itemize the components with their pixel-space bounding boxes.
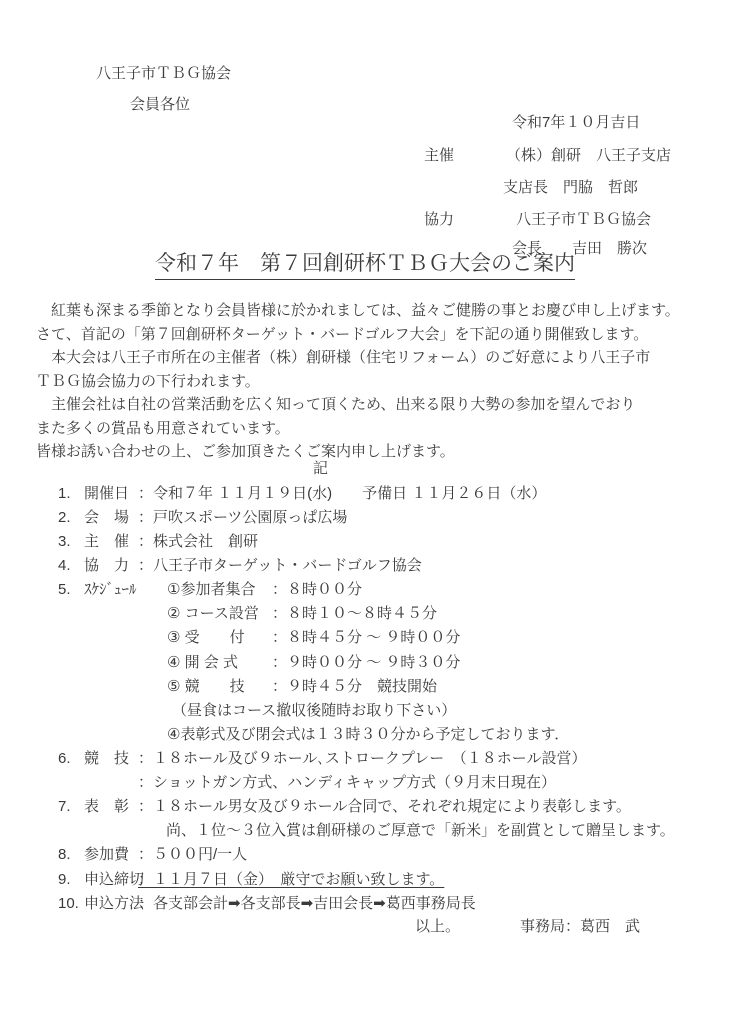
schedule-time: ：８時００分: [272, 580, 362, 600]
item-number: 7.: [58, 797, 71, 817]
list-item-venue: 2. 会 場 ：戸吹スポーツ公園原っぱ広場: [0, 508, 730, 532]
item-value: ：八王子市ターゲット・バードゴルフ協会: [138, 556, 422, 576]
note-text: ④表彰式及び閉会式は１３時３０分から予定しております．: [167, 725, 569, 745]
schedule-time: ：９時４５分 競技開始: [272, 677, 437, 697]
note-text: （昼食はコース撤収後随時お取り下さい）: [172, 701, 456, 721]
competition-line2: ：ショットガン方式、ハンディキャップ方式（９月末日現在）: [0, 773, 730, 797]
schedule-name: ② コース設営: [167, 604, 259, 624]
list-item-date: 1. 開催日 ：令和７年 １１月１９日(水) 予備日 １１月２６日（水）: [0, 484, 730, 508]
item-value: ：ショットガン方式、ハンディキャップ方式（９月末日現在）: [138, 773, 556, 793]
item-number: 3.: [58, 532, 71, 552]
record-mark: 記: [313, 459, 328, 479]
body-line: 主催会社は自社の営業活動を広く知って頂くため、出来る限り大勢の参加を望んでおり: [36, 393, 708, 417]
body-line: また多くの賞品も用意されています。: [36, 417, 708, 441]
item-number: 4.: [58, 556, 71, 576]
schedule-name: ⑤ 競 技: [167, 677, 245, 697]
addressee: 会員各位: [130, 95, 190, 115]
item-number: 2.: [58, 508, 71, 528]
schedule-time: ：８時４５分 ～ ９時００分: [272, 628, 460, 648]
item-label: 主 催: [84, 532, 129, 552]
coop-label: 協力: [424, 210, 454, 230]
item-label: 参加費: [84, 845, 129, 865]
list-item-application: 10. 申込方法 ：各支部会計➡各支部長➡吉田会長➡葛西事務局長: [0, 894, 730, 918]
item-label: ｽｹｼﾞｭｰﾙ: [84, 580, 137, 600]
item-number: 9.: [58, 870, 71, 890]
item-value: ：１８ホール及び９ホール､ストロークプレー （１８ホール設営）: [138, 749, 587, 769]
item-label: 申込方法: [84, 894, 144, 914]
item-value: ：令和７年 １１月１９日(水) 予備日 １１月２６日（水）: [138, 484, 546, 504]
item-number: 10.: [58, 894, 79, 914]
item-label: 会 場: [84, 508, 129, 528]
item-label: 申込締切: [84, 870, 144, 890]
item-number: 6.: [58, 749, 71, 769]
item-value: ：１１月７日（金） 厳守でお願い致します。: [138, 870, 444, 890]
body-line: ＴＢＧ協会協力の下行われます。: [36, 370, 708, 394]
host-manager: 支店長 門脇 哲郎: [503, 178, 638, 198]
item-number: 8.: [58, 845, 71, 865]
item-value: 尚、１位～３位入賞は創研様のご厚意で「新米」を副賞として贈呈します。: [166, 821, 675, 841]
list-item-awards: 7. 表 彰 ：１８ホール男女及び９ホール合同で、それぞれ規定により表彰します。: [0, 797, 730, 821]
list-item-coop: 4. 協 力 ：八王子市ターゲット・バードゴルフ協会: [0, 556, 730, 580]
title-row: 令和７年 第７回創研杯ＴＢＧ大会のご案内: [0, 251, 730, 280]
item-label: 協 力: [84, 556, 129, 576]
issue-date: 令和7年１０月吉日: [512, 113, 640, 133]
schedule-row: ⑤ 競 技 ：９時４５分 競技開始: [0, 677, 730, 701]
awards-line2: 尚、１位～３位入賞は創研様のご厚意で「新米」を副賞として贈呈します。: [0, 821, 730, 845]
document-title: 令和７年 第７回創研杯ＴＢＧ大会のご案内: [155, 251, 575, 280]
org-name: 八王子市ＴＢＧ協会: [96, 64, 231, 84]
schedule-note-award: ④表彰式及び閉会式は１３時３０分から予定しております．: [0, 725, 730, 749]
item-number: 5.: [58, 580, 71, 600]
body-line: 本大会は八王子市所在の主催者（株）創研様（住宅リフォーム）のご好意により八王子市: [36, 346, 708, 370]
schedule-row: ③ 受 付 ：８時４５分 ～ ９時００分: [0, 628, 730, 652]
body-text: 紅葉も深まる季節となり会員皆様に於かれましては、益々ご健勝の事とお慶び申し上げま…: [36, 299, 708, 464]
schedule-row: ② コース設営 ：８時１０～８時４５分: [0, 604, 730, 628]
list-item-schedule: 5. ｽｹｼﾞｭｰﾙ ①参加者集合 ：８時００分: [0, 580, 730, 604]
item-label: 競 技: [84, 749, 129, 769]
host-label: 主催: [424, 146, 454, 166]
coop-name: 八王子市ＴＢＧ協会: [516, 210, 651, 230]
host-name: （株）創研 八王子支店: [506, 146, 671, 166]
schedule-note-lunch: （昼食はコース撤収後随時お取り下さい）: [0, 701, 730, 725]
schedule-name: ③ 受 付: [167, 628, 245, 648]
body-line: 皆様お誘い合わせの上、ご参加頂きたくご案内申し上げます。: [36, 440, 708, 464]
schedule-time: ：８時１０～８時４５分: [272, 604, 437, 624]
body-line: さて、首記の「第７回創研杯ターゲット・バードゴルフ大会」を下記の通り開催致します…: [36, 323, 708, 347]
schedule-name: ①参加者集合: [167, 580, 255, 600]
footer-row: 以上。 事務局：葛西 武: [0, 917, 730, 941]
item-label: 開催日: [84, 484, 129, 504]
item-number: 1.: [58, 484, 71, 504]
secretariat-text: 事務局：葛西 武: [520, 917, 640, 937]
list-item-fee: 8. 参加費 ：５００円/一人: [0, 845, 730, 869]
closing-text: 以上。: [415, 917, 460, 937]
schedule-time: ：９時００分 ～ ９時３０分: [272, 653, 460, 673]
list-item-deadline: 9. 申込締切 ：１１月７日（金） 厳守でお願い致します。: [0, 870, 730, 894]
item-label: 表 彰: [84, 797, 129, 817]
body-line: 紅葉も深まる季節となり会員皆様に於かれましては、益々ご健勝の事とお慶び申し上げま…: [36, 299, 708, 323]
item-value: ：各支部会計➡各支部長➡吉田会長➡葛西事務局長: [138, 894, 476, 914]
list-item-host: 3. 主 催 ：株式会社 創研: [0, 532, 730, 556]
schedule-row: ④ 開 会 式 ：９時００分 ～ ９時３０分: [0, 653, 730, 677]
item-value: ：１８ホール男女及び９ホール合同で、それぞれ規定により表彰します。: [138, 797, 631, 817]
document-page: 八王子市ＴＢＧ協会 会員各位 令和7年１０月吉日 主催 （株）創研 八王子支店 …: [0, 0, 730, 1033]
list-item-competition: 6. 競 技 ：１８ホール及び９ホール､ストロークプレー （１８ホール設営）: [0, 749, 730, 773]
item-value: ：５００円/一人: [138, 845, 247, 865]
schedule-name: ④ 開 会 式: [167, 653, 238, 673]
item-value: ：戸吹スポーツ公園原っぱ広場: [138, 508, 347, 528]
item-value: ：株式会社 創研: [138, 532, 258, 552]
